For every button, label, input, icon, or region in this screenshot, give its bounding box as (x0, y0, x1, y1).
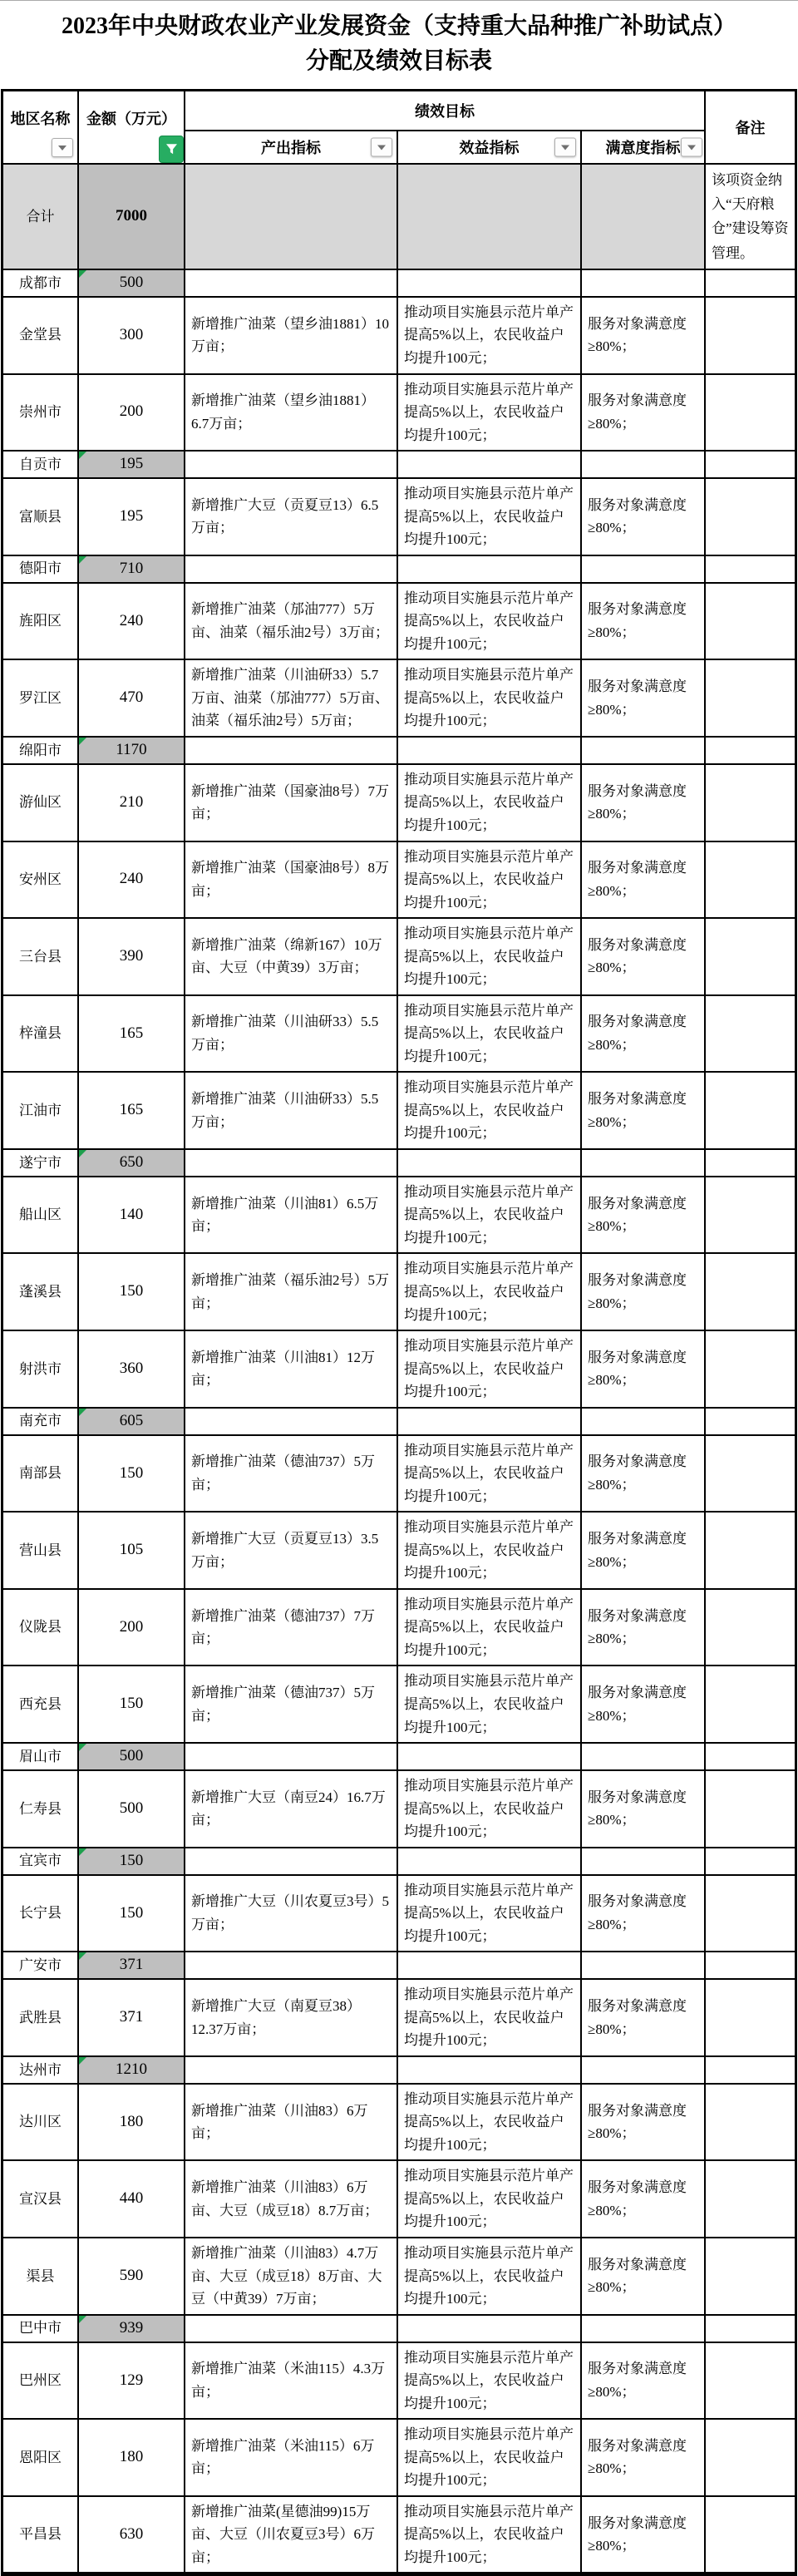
amount-cell[interactable]: 1210 (79, 2057, 185, 2085)
region-cell[interactable]: 梓潼县 (3, 996, 79, 1073)
region-cell[interactable]: 恩阳区 (3, 2420, 79, 2497)
satisfaction-cell[interactable]: 服务对象满意度≥80%； (582, 765, 706, 842)
amount-cell[interactable]: 500 (79, 1744, 185, 1771)
output-cell[interactable]: 新增推广油菜（川油81）12万亩； (185, 1331, 398, 1409)
satisfaction-cell[interactable]: 服务对象满意度≥80%； (582, 2085, 706, 2162)
region-header-label: 地区名称 (11, 107, 71, 129)
benefit-cell[interactable]: 推动项目实施县示范片单产提高5%以上，农民收益户均提升100元； (398, 2161, 582, 2238)
region-cell[interactable]: 巴中市 (3, 2316, 79, 2343)
satisfaction-cell[interactable]: 服务对象满意度≥80%； (582, 1666, 706, 1744)
amount-cell[interactable]: 150 (79, 1436, 185, 1513)
output-cell[interactable]: 新增推广大豆（贡夏豆13）3.5万亩； (185, 1513, 398, 1590)
satisfaction-header-label: 满意度指标 (606, 136, 681, 158)
remark-cell[interactable] (706, 1952, 795, 1980)
remark-cell[interactable] (706, 584, 795, 661)
output-cell[interactable]: 新增推广油菜（德油737）5万亩； (185, 1666, 398, 1744)
region-cell[interactable]: 达川区 (3, 2085, 79, 2162)
amount-cell[interactable]: 360 (79, 1331, 185, 1409)
region-cell[interactable]: 旌阳区 (3, 584, 79, 661)
benefit-text: 推动项目实施县示范片单产提高5%以上，农民收益户均提升100元； (404, 846, 574, 915)
amount-cell[interactable]: 195 (79, 452, 185, 479)
satisfaction-cell[interactable]: 服务对象满意度≥80%； (582, 2238, 706, 2316)
satisfaction-cell[interactable]: 服务对象满意度≥80%； (582, 1590, 706, 1667)
satisfaction-cell[interactable] (582, 1744, 706, 1771)
remark-cell[interactable] (706, 2316, 795, 2343)
remark-cell[interactable] (706, 556, 795, 584)
output-cell[interactable]: 新增推广油菜（国豪油8号）7万亩； (185, 765, 398, 842)
region-label: 广安市 (19, 1954, 62, 1977)
region-cell[interactable]: 金堂县 (3, 298, 79, 375)
benefit-cell[interactable] (398, 1952, 582, 1980)
satisfaction-cell[interactable]: 服务对象满意度≥80%； (582, 660, 706, 738)
filter-dropdown-button-region[interactable] (52, 138, 73, 157)
output-cell[interactable] (185, 738, 398, 765)
output-cell[interactable] (185, 270, 398, 298)
output-cell[interactable]: 新增推广油菜（川油研33）5.5万亩； (185, 996, 398, 1073)
output-cell[interactable]: 新增推广油菜(星德油99)15万亩、大豆（川农夏豆3号）6万亩； (185, 2497, 398, 2574)
benefit-cell[interactable]: 推动项目实施县示范片单产提高5%以上，农民收益户均提升100元； (398, 2420, 582, 2497)
amount-cell[interactable]: 195 (79, 479, 185, 556)
benefit-text: 推动项目实施县示范片单产提高5%以上，农民收益户均提升100元； (404, 664, 574, 733)
amount-cell[interactable]: 300 (79, 298, 185, 375)
satisfaction-cell[interactable] (582, 2316, 706, 2343)
remark-cell[interactable] (706, 1513, 795, 1590)
output-cell[interactable]: 新增推广油菜（米油115）4.3万亩； (185, 2343, 398, 2421)
benefit-cell[interactable]: 推动项目实施县示范片单产提高5%以上，农民收益户均提升100元； (398, 1876, 582, 1953)
benefit-cell[interactable]: 推动项目实施县示范片单产提高5%以上，农民收益户均提升100元； (398, 1980, 582, 2057)
output-cell[interactable]: 新增推广油菜（国豪油8号）8万亩； (185, 842, 398, 920)
benefit-text: 推动项目实施县示范片单产提高5%以上，农民收益户均提升100元； (404, 587, 574, 656)
region-cell[interactable]: 三台县 (3, 919, 79, 996)
amount-cell[interactable]: 200 (79, 1590, 185, 1667)
satisfaction-text: 服务对象满意度≥80%； (588, 598, 698, 644)
table-row: 仪陇县 200 新增推广油菜（德油737）7万亩； 推动项目实施县示范片单产提高… (3, 1590, 795, 1667)
benefit-cell[interactable]: 推动项目实施县示范片单产提高5%以上，农民收益户均提升100元； (398, 2238, 582, 2316)
amount-cell[interactable]: 1170 (79, 738, 185, 765)
benefit-cell[interactable]: 推动项目实施县示范片单产提高5%以上，农民收益户均提升100元； (398, 996, 582, 1073)
region-cell[interactable]: 宣汉县 (3, 2161, 79, 2238)
satisfaction-cell[interactable] (582, 556, 706, 584)
amount-value: 150 (120, 1691, 144, 1717)
region-cell[interactable]: 合计 (3, 165, 79, 270)
region-cell[interactable]: 船山区 (3, 1177, 79, 1255)
benefit-cell[interactable]: 推动项目实施县示范片单产提高5%以上，农民收益户均提升100元； (398, 298, 582, 375)
region-cell[interactable]: 德阳市 (3, 556, 79, 584)
amount-cell[interactable]: 240 (79, 842, 185, 920)
remark-cell[interactable] (706, 2420, 795, 2497)
amount-cell[interactable]: 129 (79, 2343, 185, 2421)
region-cell[interactable]: 南部县 (3, 1436, 79, 1513)
region-cell[interactable]: 西充县 (3, 1666, 79, 1744)
amount-cell[interactable]: 710 (79, 556, 185, 584)
output-cell[interactable]: 新增推广大豆（南夏豆38）12.37万亩； (185, 1980, 398, 2057)
region-cell[interactable]: 南充市 (3, 1409, 79, 1436)
amount-value: 165 (120, 1021, 144, 1047)
satisfaction-cell[interactable] (582, 738, 706, 765)
output-cell[interactable]: 新增推广油菜（望乡油1881）10万亩； (185, 298, 398, 375)
region-label: 仪陇县 (19, 1616, 62, 1639)
benefit-cell[interactable]: 推动项目实施县示范片单产提高5%以上，农民收益户均提升100元； (398, 1771, 582, 1848)
region-cell[interactable]: 仁寿县 (3, 1771, 79, 1848)
satisfaction-cell[interactable]: 服务对象满意度≥80%； (582, 1876, 706, 1953)
region-cell[interactable]: 宜宾市 (3, 1848, 79, 1876)
output-cell[interactable]: 新增推广油菜（福乐油2号）5万亩； (185, 1254, 398, 1331)
remark-cell[interactable] (706, 2161, 795, 2238)
region-cell[interactable]: 广安市 (3, 1952, 79, 1980)
table-row: 船山区 140 新增推广油菜（川油81）6.5万亩； 推动项目实施县示范片单产提… (3, 1177, 795, 1255)
output-cell[interactable]: 新增推广油菜（德油737）5万亩； (185, 1436, 398, 1513)
benefit-text: 推动项目实施县示范片单产提高5%以上，农民收益户均提升100元； (404, 999, 574, 1068)
amount-value: 7000 (116, 204, 147, 229)
remark-cell[interactable] (706, 452, 795, 479)
benefit-cell[interactable] (398, 165, 582, 270)
satisfaction-cell[interactable]: 服务对象满意度≥80%； (582, 298, 706, 375)
amount-cell[interactable]: 605 (79, 1409, 185, 1436)
region-cell[interactable]: 成都市 (3, 270, 79, 298)
table-header: 地区名称 金额（万元） 绩效目标 产出指标 效益指 (3, 91, 795, 165)
amount-value: 605 (120, 1409, 144, 1434)
benefit-cell[interactable]: 推动项目实施县示范片单产提高5%以上，农民收益户均提升100元； (398, 842, 582, 920)
satisfaction-cell[interactable]: 服务对象满意度≥80%； (582, 2420, 706, 2497)
satisfaction-cell[interactable]: 服务对象满意度≥80%； (582, 1436, 706, 1513)
output-cell[interactable] (185, 165, 398, 270)
satisfaction-cell[interactable] (582, 1150, 706, 1177)
amount-cell[interactable]: 939 (79, 2316, 185, 2343)
benefit-cell[interactable]: 推动项目实施县示范片单产提高5%以上，农民收益户均提升100元； (398, 919, 582, 996)
column-header-benefit[interactable]: 效益指标 (398, 131, 582, 165)
amount-value: 240 (120, 609, 144, 634)
remark-cell[interactable] (706, 765, 795, 842)
amount-cell[interactable]: 210 (79, 765, 185, 842)
region-cell[interactable]: 安州区 (3, 842, 79, 920)
column-header-performance[interactable]: 绩效目标 (185, 91, 706, 131)
satisfaction-cell[interactable] (582, 1409, 706, 1436)
amount-cell[interactable]: 150 (79, 1254, 185, 1331)
output-cell[interactable]: 新增推广油菜（川油81）6.5万亩； (185, 1177, 398, 1255)
output-text: 新增推广油菜（川油研33）5.7万亩、油菜（邡油777）5万亩、油菜（福乐油2号… (191, 664, 391, 733)
amount-value: 200 (120, 399, 144, 425)
amount-cell[interactable]: 470 (79, 660, 185, 738)
remark-cell[interactable] (706, 660, 795, 738)
region-label: 眉山市 (19, 1745, 62, 1769)
benefit-cell[interactable] (398, 1409, 582, 1436)
region-cell[interactable]: 平昌县 (3, 2497, 79, 2574)
table-row: 巴州区 129 新增推广油菜（米油115）4.3万亩； 推动项目实施县示范片单产… (3, 2343, 795, 2421)
region-cell[interactable]: 营山县 (3, 1513, 79, 1590)
column-header-amount[interactable]: 金额（万元） (79, 91, 185, 165)
region-cell[interactable]: 江油市 (3, 1073, 79, 1150)
region-cell[interactable]: 射洪市 (3, 1331, 79, 1409)
region-label: 南部县 (19, 1462, 62, 1485)
output-cell[interactable]: 新增推广油菜（川油83）4.7万亩、大豆（成豆18）8万亩、大豆（中黄39）7万… (185, 2238, 398, 2316)
region-label: 游仙区 (19, 791, 62, 814)
remark-cell[interactable] (706, 2085, 795, 2162)
output-text: 新增推广油菜（川油83）6万亩、大豆（成豆18）8.7万亩； (191, 2176, 391, 2222)
satisfaction-cell[interactable] (582, 2057, 706, 2085)
remark-cell[interactable] (706, 1177, 795, 1255)
benefit-cell[interactable] (398, 738, 582, 765)
amount-value: 150 (120, 1279, 144, 1305)
region-cell[interactable]: 崇州市 (3, 375, 79, 452)
remark-cell[interactable] (706, 1666, 795, 1744)
region-cell[interactable]: 眉山市 (3, 1744, 79, 1771)
output-cell[interactable] (185, 1952, 398, 1980)
satisfaction-cell[interactable]: 服务对象满意度≥80%； (582, 375, 706, 452)
output-cell[interactable] (185, 2057, 398, 2085)
region-label: 西充县 (19, 1693, 62, 1716)
satisfaction-cell[interactable] (582, 1848, 706, 1876)
filter-dropdown-button-satisfaction[interactable] (681, 138, 702, 157)
amount-cell[interactable]: 200 (79, 375, 185, 452)
benefit-cell[interactable] (398, 556, 582, 584)
satisfaction-cell[interactable]: 服务对象满意度≥80%； (582, 584, 706, 661)
satisfaction-cell[interactable]: 服务对象满意度≥80%； (582, 2161, 706, 2238)
amount-value: 300 (120, 323, 144, 348)
output-cell[interactable] (185, 1409, 398, 1436)
remark-cell[interactable] (706, 1409, 795, 1436)
region-cell[interactable]: 自贡市 (3, 452, 79, 479)
region-cell[interactable]: 富顺县 (3, 479, 79, 556)
output-cell[interactable]: 新增推广油菜（川油研33）5.7万亩、油菜（邡油777）5万亩、油菜（福乐油2号… (185, 660, 398, 738)
column-header-region[interactable]: 地区名称 (3, 91, 79, 165)
region-label: 南充市 (19, 1409, 62, 1433)
amount-value: 210 (120, 790, 144, 816)
remark-text: 该项资金纳入“天府粮仓”建设筹资管理。 (712, 168, 789, 265)
table-row: 达川区 180 新增推广油菜（川油83）6万亩； 推动项目实施县示范片单产提高5… (3, 2085, 795, 2162)
satisfaction-cell[interactable] (582, 1952, 706, 1980)
remark-cell[interactable] (706, 1150, 795, 1177)
filter-dropdown-button-output[interactable] (371, 138, 392, 157)
satisfaction-text: 服务对象满意度≥80%； (588, 1450, 698, 1496)
output-cell[interactable]: 新增推广油菜（川油83）6万亩、大豆（成豆18）8.7万亩； (185, 2161, 398, 2238)
active-filter-button-amount[interactable] (159, 136, 184, 163)
remark-cell[interactable] (706, 2343, 795, 2421)
output-text: 新增推广油菜（川油研33）5.5万亩； (191, 1010, 391, 1056)
remark-cell[interactable] (706, 479, 795, 556)
amount-cell[interactable]: 150 (79, 1876, 185, 1953)
amount-cell[interactable]: 500 (79, 1771, 185, 1848)
benefit-cell[interactable]: 推动项目实施县示范片单产提高5%以上，农民收益户均提升100元； (398, 765, 582, 842)
amount-value: 180 (120, 2110, 144, 2135)
table-row: 宣汉县 440 新增推广油菜（川油83）6万亩、大豆（成豆18）8.7万亩； 推… (3, 2161, 795, 2238)
satisfaction-cell[interactable]: 服务对象满意度≥80%； (582, 1177, 706, 1255)
satisfaction-cell[interactable]: 服务对象满意度≥80%； (582, 1980, 706, 2057)
amount-cell[interactable]: 390 (79, 919, 185, 996)
remark-cell[interactable] (706, 1744, 795, 1771)
amount-value: 440 (120, 2186, 144, 2212)
output-cell[interactable]: 新增推广油菜（邡油777）5万亩、油菜（福乐油2号）3万亩； (185, 584, 398, 661)
benefit-cell[interactable]: 推动项目实施县示范片单产提高5%以上，农民收益户均提升100元； (398, 1590, 582, 1667)
output-cell[interactable] (185, 452, 398, 479)
amount-cell[interactable]: 240 (79, 584, 185, 661)
amount-cell[interactable]: 165 (79, 1073, 185, 1150)
benefit-cell[interactable]: 推动项目实施县示范片单产提高5%以上，农民收益户均提升100元； (398, 2085, 582, 2162)
benefit-cell[interactable] (398, 1150, 582, 1177)
region-cell[interactable]: 长宁县 (3, 1876, 79, 1953)
satisfaction-cell[interactable]: 服务对象满意度≥80%； (582, 1771, 706, 1848)
amount-value: 200 (120, 1615, 144, 1641)
output-cell[interactable] (185, 2316, 398, 2343)
satisfaction-text: 服务对象满意度≥80%； (588, 1605, 698, 1651)
amount-cell[interactable]: 630 (79, 2497, 185, 2574)
remark-cell[interactable] (706, 1848, 795, 1876)
output-cell[interactable]: 新增推广油菜（米油115）6万亩； (185, 2420, 398, 2497)
benefit-cell[interactable] (398, 1744, 582, 1771)
remark-cell[interactable] (706, 1436, 795, 1513)
benefit-cell[interactable]: 推动项目实施县示范片单产提高5%以上，农民收益户均提升100元； (398, 479, 582, 556)
output-cell[interactable]: 新增推广油菜（川油83）6万亩； (185, 2085, 398, 2162)
amount-cell[interactable]: 371 (79, 1952, 185, 1980)
benefit-cell[interactable] (398, 452, 582, 479)
benefit-cell[interactable] (398, 1848, 582, 1876)
remark-cell[interactable] (706, 738, 795, 765)
region-cell[interactable]: 渠县 (3, 2238, 79, 2316)
output-cell[interactable]: 新增推广大豆（南豆24）16.7万亩； (185, 1771, 398, 1848)
remark-cell[interactable] (706, 1771, 795, 1848)
amount-value: 590 (120, 2263, 144, 2289)
benefit-text: 推动项目实施县示范片单产提高5%以上，农民收益户均提升100元； (404, 2500, 574, 2569)
region-cell[interactable]: 罗江区 (3, 660, 79, 738)
table-row: 游仙区 210 新增推广油菜（国豪油8号）7万亩； 推动项目实施县示范片单产提高… (3, 765, 795, 842)
output-cell[interactable]: 新增推广油菜（望乡油1881）6.7万亩； (185, 375, 398, 452)
region-cell[interactable]: 遂宁市 (3, 1150, 79, 1177)
flag-corner-icon (79, 452, 86, 459)
region-label: 梓潼县 (19, 1022, 62, 1045)
amount-cell[interactable]: 140 (79, 1177, 185, 1255)
remark-cell[interactable] (706, 298, 795, 375)
amount-cell[interactable]: 180 (79, 2085, 185, 2162)
remark-cell[interactable] (706, 375, 795, 452)
benefit-text: 推动项目实施县示范片单产提高5%以上，农民收益户均提升100元； (404, 2423, 574, 2492)
satisfaction-text: 服务对象满意度≥80%； (588, 2176, 698, 2222)
benefit-cell[interactable]: 推动项目实施县示范片单产提高5%以上，农民收益户均提升100元； (398, 1073, 582, 1150)
amount-cell[interactable]: 650 (79, 1150, 185, 1177)
output-cell[interactable]: 新增推广油菜（德油737）7万亩； (185, 1590, 398, 1667)
table-row: 富顺县 195 新增推广大豆（贡夏豆13）6.5万亩； 推动项目实施县示范片单产… (3, 479, 795, 556)
benefit-cell[interactable]: 推动项目实施县示范片单产提高5%以上，农民收益户均提升100元； (398, 2343, 582, 2421)
benefit-cell[interactable]: 推动项目实施县示范片单产提高5%以上，农民收益户均提升100元； (398, 375, 582, 452)
benefit-cell[interactable]: 推动项目实施县示范片单产提高5%以上，农民收益户均提升100元； (398, 1666, 582, 1744)
satisfaction-cell[interactable] (582, 165, 706, 270)
satisfaction-cell[interactable]: 服务对象满意度≥80%； (582, 1073, 706, 1150)
remark-cell[interactable] (706, 842, 795, 920)
amount-cell[interactable]: 180 (79, 2420, 185, 2497)
amount-cell[interactable]: 105 (79, 1513, 185, 1590)
filter-dropdown-button-benefit[interactable] (554, 138, 576, 157)
amount-cell[interactable]: 590 (79, 2238, 185, 2316)
amount-cell[interactable]: 7000 (79, 165, 185, 270)
remark-cell[interactable] (706, 996, 795, 1073)
remark-cell[interactable] (706, 2238, 795, 2316)
remark-cell[interactable] (706, 1876, 795, 1953)
table-row: 崇州市 200 新增推广油菜（望乡油1881）6.7万亩； 推动项目实施县示范片… (3, 375, 795, 452)
remark-cell[interactable]: 该项资金纳入“天府粮仓”建设筹资管理。 (706, 165, 795, 270)
amount-cell[interactable]: 150 (79, 1848, 185, 1876)
benefit-cell[interactable]: 推动项目实施县示范片单产提高5%以上，农民收益户均提升100元； (398, 660, 582, 738)
region-cell[interactable]: 巴州区 (3, 2343, 79, 2421)
benefit-cell[interactable] (398, 270, 582, 298)
satisfaction-cell[interactable] (582, 270, 706, 298)
amount-cell[interactable]: 371 (79, 1980, 185, 2057)
region-cell[interactable]: 游仙区 (3, 765, 79, 842)
remark-cell[interactable] (706, 1254, 795, 1331)
region-cell[interactable]: 达州市 (3, 2057, 79, 2085)
region-cell[interactable]: 绵阳市 (3, 738, 79, 765)
output-cell[interactable]: 新增推广大豆（贡夏豆13）6.5万亩； (185, 479, 398, 556)
output-text: 新增推广油菜(星德油99)15万亩、大豆（川农夏豆3号）6万亩； (191, 2500, 391, 2569)
region-cell[interactable]: 武胜县 (3, 1980, 79, 2057)
output-cell[interactable] (185, 1744, 398, 1771)
benefit-cell[interactable]: 推动项目实施县示范片单产提高5%以上，农民收益户均提升100元； (398, 2497, 582, 2574)
benefit-cell[interactable]: 推动项目实施县示范片单产提高5%以上，农民收益户均提升100元； (398, 1177, 582, 1255)
satisfaction-cell[interactable]: 服务对象满意度≥80%； (582, 2497, 706, 2574)
column-header-output[interactable]: 产出指标 (185, 131, 398, 165)
benefit-cell[interactable]: 推动项目实施县示范片单产提高5%以上，农民收益户均提升100元； (398, 1513, 582, 1590)
remark-cell[interactable] (706, 1331, 795, 1409)
amount-cell[interactable]: 150 (79, 1666, 185, 1744)
satisfaction-cell[interactable]: 服务对象满意度≥80%； (582, 1331, 706, 1409)
amount-value: 165 (120, 1098, 144, 1123)
region-cell[interactable]: 蓬溪县 (3, 1254, 79, 1331)
remark-cell[interactable] (706, 2057, 795, 2085)
satisfaction-cell[interactable] (582, 452, 706, 479)
benefit-cell[interactable]: 推动项目实施县示范片单产提高5%以上，农民收益户均提升100元； (398, 1331, 582, 1409)
remark-cell[interactable] (706, 1590, 795, 1667)
output-cell[interactable]: 新增推广大豆（川农夏豆3号）5万亩； (185, 1876, 398, 1953)
output-cell[interactable] (185, 1848, 398, 1876)
output-cell[interactable]: 新增推广油菜（绵新167）10万亩、大豆（中黄39）3万亩； (185, 919, 398, 996)
remark-cell[interactable] (706, 1073, 795, 1150)
table-row: 巴中市 939 (3, 2316, 795, 2343)
remark-cell[interactable] (706, 919, 795, 996)
amount-cell[interactable]: 440 (79, 2161, 185, 2238)
page-title-line1: 2023年中央财政农业产业发展资金（支持重大品种推广补助试点） (0, 9, 798, 44)
region-cell[interactable]: 仪陇县 (3, 1590, 79, 1667)
satisfaction-cell[interactable]: 服务对象满意度≥80%； (582, 996, 706, 1073)
satisfaction-cell[interactable]: 服务对象满意度≥80%； (582, 919, 706, 996)
output-cell[interactable]: 新增推广油菜（川油研33）5.5万亩； (185, 1073, 398, 1150)
amount-cell[interactable]: 165 (79, 996, 185, 1073)
benefit-cell[interactable]: 推动项目实施县示范片单产提高5%以上，农民收益户均提升100元； (398, 1436, 582, 1513)
satisfaction-text: 服务对象满意度≥80%； (588, 1681, 698, 1727)
benefit-cell[interactable]: 推动项目实施县示范片单产提高5%以上，农民收益户均提升100元； (398, 584, 582, 661)
amount-value: 939 (120, 2316, 144, 2342)
satisfaction-cell[interactable]: 服务对象满意度≥80%； (582, 842, 706, 920)
amount-cell[interactable]: 500 (79, 270, 185, 298)
satisfaction-cell[interactable]: 服务对象满意度≥80%； (582, 1254, 706, 1331)
remark-cell[interactable] (706, 270, 795, 298)
benefit-cell[interactable] (398, 2316, 582, 2343)
region-label: 营山县 (19, 1539, 62, 1562)
output-cell[interactable] (185, 1150, 398, 1177)
remark-cell[interactable] (706, 1980, 795, 2057)
region-label: 宜宾市 (19, 1849, 62, 1873)
benefit-cell[interactable] (398, 2057, 582, 2085)
satisfaction-cell[interactable]: 服务对象满意度≥80%； (582, 1513, 706, 1590)
satisfaction-cell[interactable]: 服务对象满意度≥80%； (582, 479, 706, 556)
column-header-remark[interactable]: 备注 (706, 91, 795, 165)
table-row: 眉山市 500 (3, 1744, 795, 1771)
column-header-satisfaction[interactable]: 满意度指标 (582, 131, 706, 165)
remark-cell[interactable] (706, 2497, 795, 2574)
output-cell[interactable] (185, 556, 398, 584)
amount-value: 630 (120, 2522, 144, 2548)
table-row: 合计 7000 该项资金纳入“天府粮仓”建设筹资管理。 (3, 165, 795, 270)
benefit-text: 推动项目实施县示范片单产提高5%以上，农民收益户均提升100元； (404, 2347, 574, 2416)
benefit-text: 推动项目实施县示范片单产提高5%以上，农民收益户均提升100元； (404, 1593, 574, 1662)
satisfaction-cell[interactable]: 服务对象满意度≥80%； (582, 2343, 706, 2421)
benefit-cell[interactable]: 推动项目实施县示范片单产提高5%以上，农民收益户均提升100元； (398, 1254, 582, 1331)
